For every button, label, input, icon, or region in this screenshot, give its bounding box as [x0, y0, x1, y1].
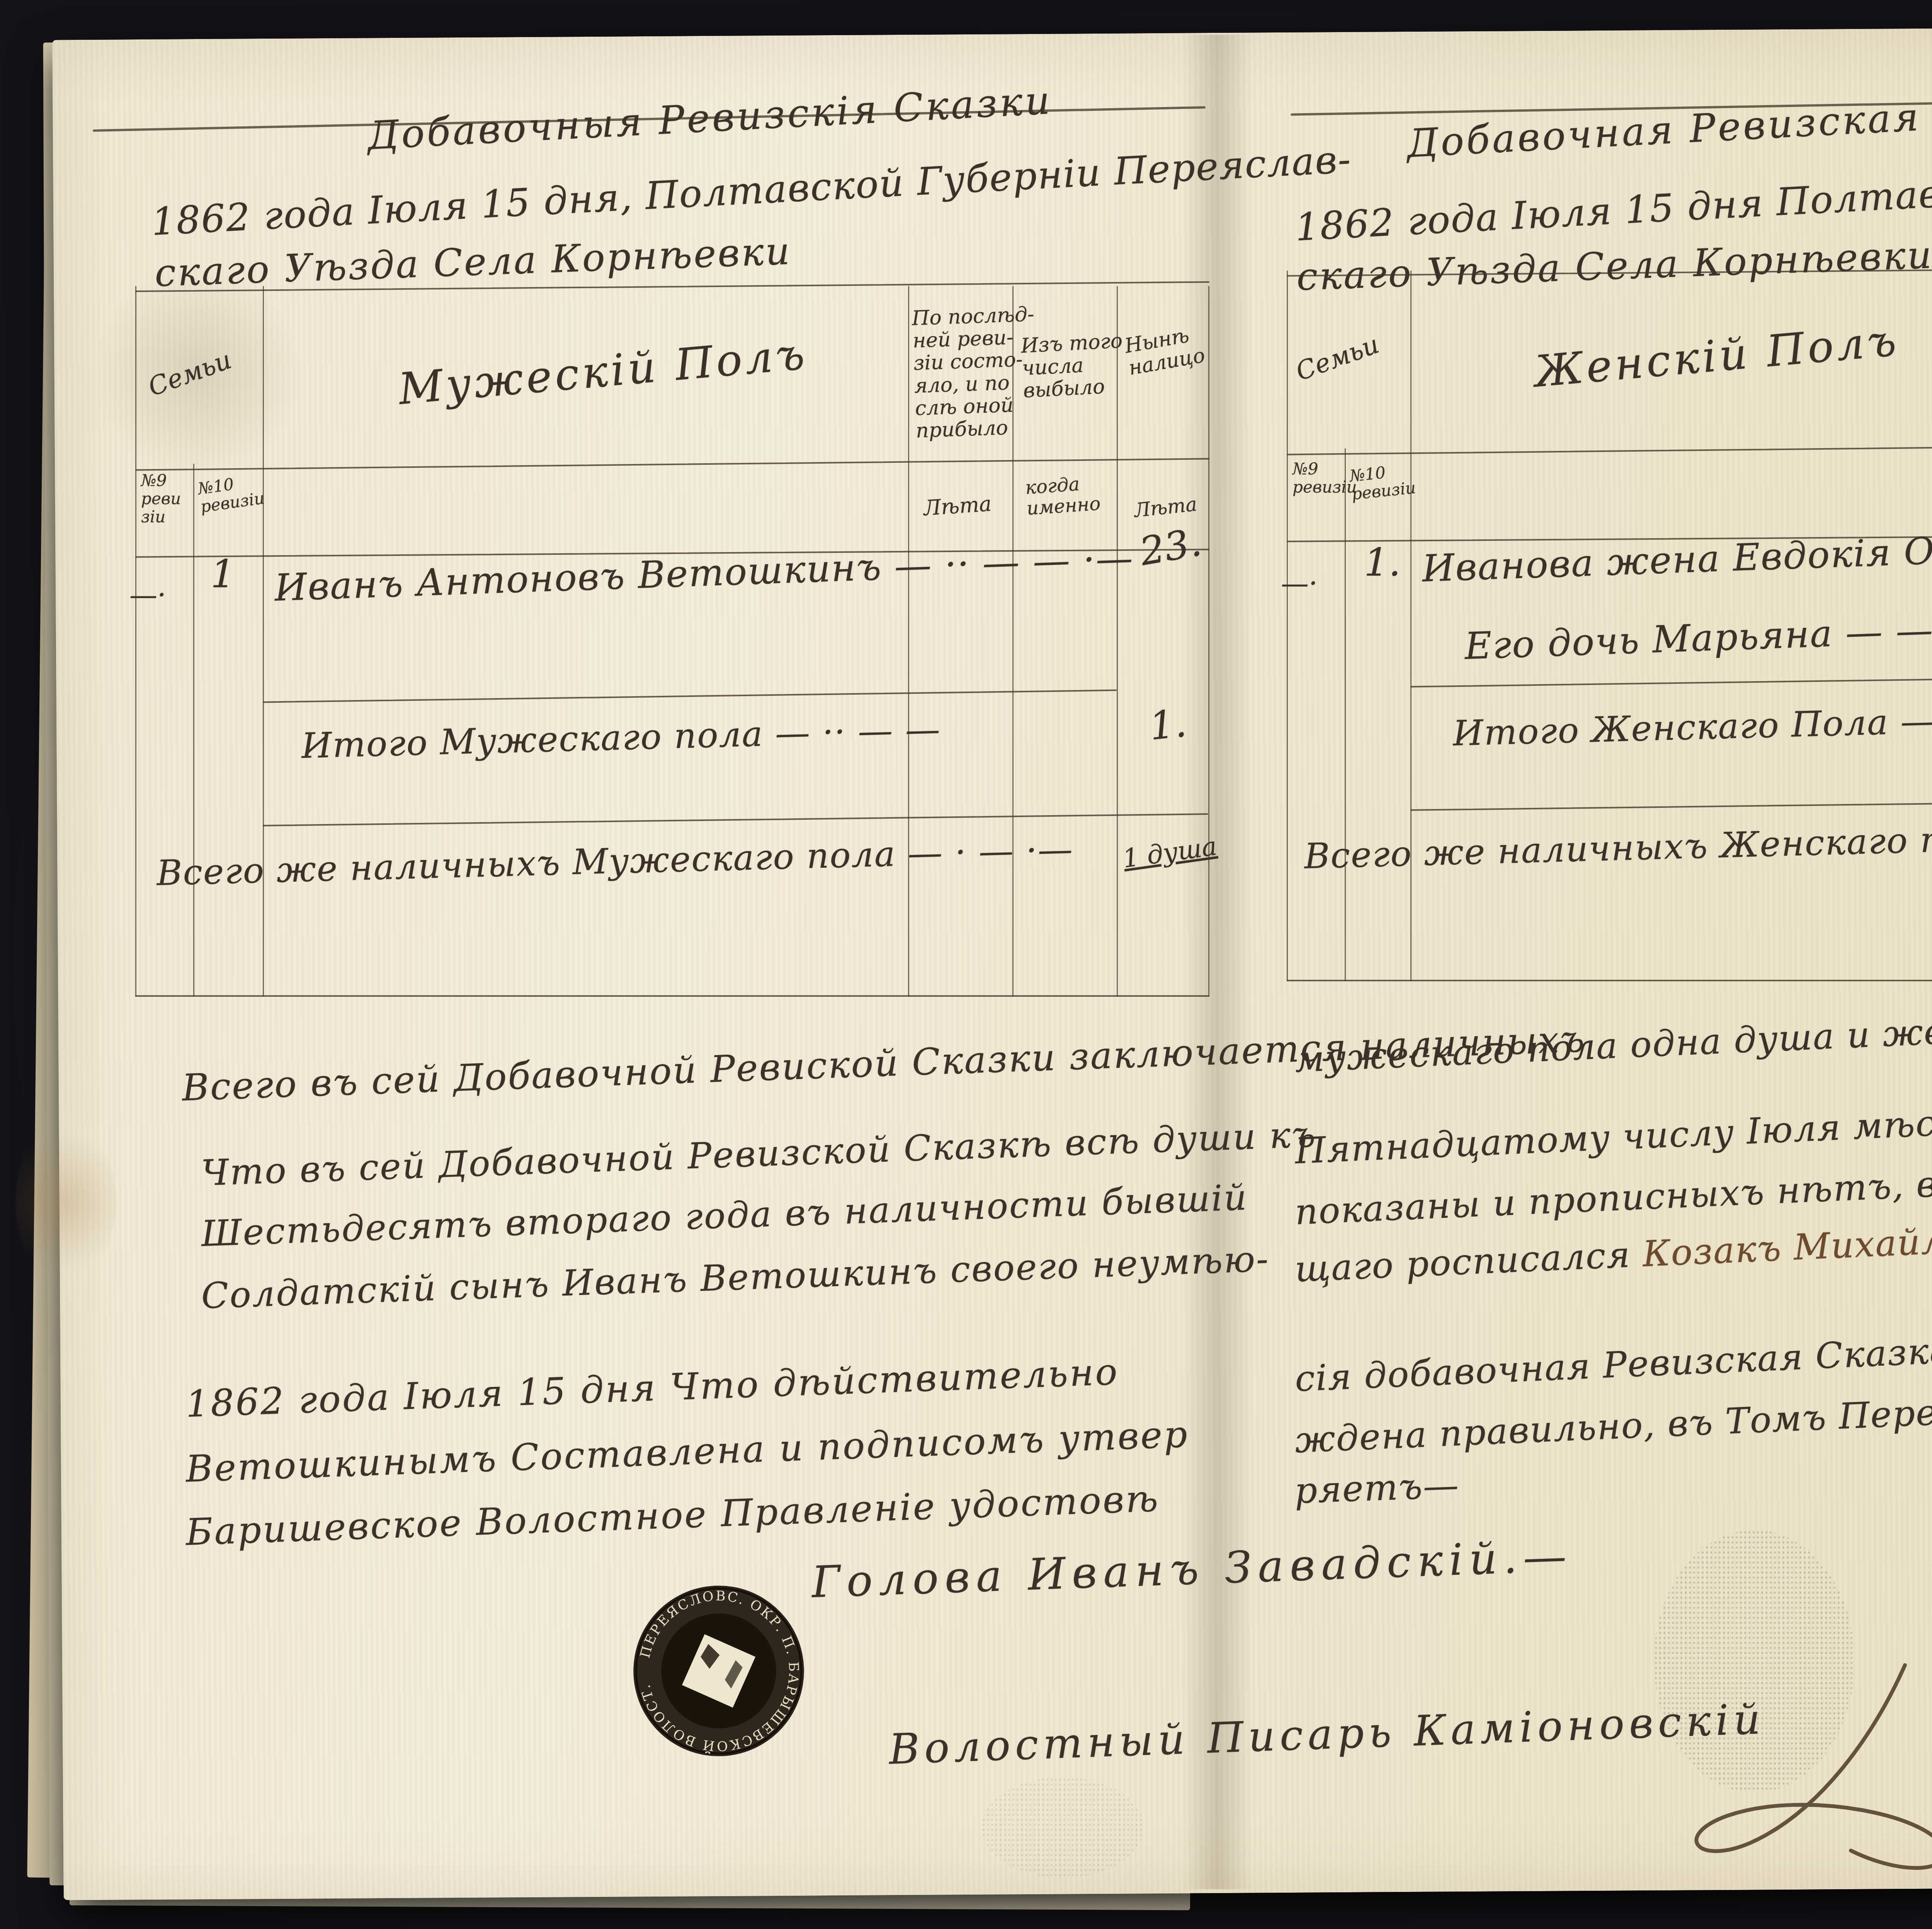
right-subtotal-label: Итого Женскаго Пола — — —	[1452, 699, 1932, 753]
left-total-value: 1 душа	[1121, 832, 1219, 873]
right-row1-rev9: —·	[1281, 568, 1318, 599]
table-line	[1410, 798, 1932, 811]
left-sub-present: Лѣта	[1133, 493, 1198, 522]
table-line	[1287, 270, 1288, 981]
table-line	[1287, 980, 1932, 981]
left-total-label: Всего же наличныхъ Мужескаго пола — · — …	[156, 830, 1074, 893]
left-subtotal-label: Итого Мужескаго пола — ·· — —	[301, 710, 941, 766]
right-col-family: Семьи	[1292, 330, 1383, 386]
left-sub-rev10: №10 ревизіи	[197, 471, 265, 516]
left-col-family: Семьи	[145, 345, 235, 402]
volost-seal: ПЕРЕЯСЛОВС. ОКР. П. БАРЫШЕВСКОЙ ВОЛОСТ.	[611, 1562, 827, 1780]
left-row-rev9: —·	[129, 580, 166, 611]
left-table: Семьи Мужескій Полъ По послѣд- ней реви-…	[135, 286, 1209, 997]
table-line	[263, 813, 1208, 826]
signature-flourish	[1913, 1283, 1932, 1484]
left-sub-last-revision: Лѣта	[923, 492, 992, 520]
right-row1-name: Иванова жена Евдокія Осипова — — ·— —	[1422, 518, 1932, 590]
scanned-document: 73 77 Добавочныя Ревизскія Сказки 1862 г…	[0, 0, 1932, 1929]
table-line	[135, 458, 1209, 471]
table-line	[135, 995, 1209, 997]
right-total-label: Всего же наличныхъ Женскаго пола — ·—	[1304, 816, 1932, 877]
left-col-sex: Мужескій Полъ	[397, 330, 810, 414]
right-row1-rev10: 1.	[1364, 541, 1401, 584]
table-line	[135, 286, 136, 997]
table-line	[1287, 443, 1932, 455]
table-line	[1208, 286, 1209, 997]
ink-speckle	[981, 1777, 1144, 1878]
table-line	[1345, 448, 1346, 981]
left-sub-rev9: №9 реви зіи	[141, 471, 181, 526]
table-line	[908, 286, 909, 997]
right-sub-rev10: №10 ревизіи	[1349, 461, 1417, 503]
right-sub-rev9: №9 ревизіи	[1293, 460, 1357, 496]
left-col-departed: Изъ того числа выбыло	[1020, 330, 1126, 402]
left-col-present: Нынѣ налицо	[1123, 322, 1207, 380]
table-line	[263, 690, 1117, 703]
certification-right-line3: ряетъ—	[1294, 1465, 1460, 1511]
left-row-rev10: 1	[211, 552, 235, 596]
left-col-last-revision: По послѣд- ней реви- зіи состо- яло, и п…	[912, 303, 1039, 442]
table-line	[193, 464, 194, 997]
left-row-name: Иванъ Антоновъ Ветошкинъ — ·· — — ·—	[274, 537, 1134, 609]
left-subtotal-value: 1.	[1147, 701, 1189, 748]
right-table: Семьи Женскій Полъ Во вре- менной отлуч-…	[1287, 270, 1932, 981]
clerk-flourish	[1604, 1650, 1932, 1881]
table-line	[1410, 674, 1932, 687]
left-row-age: 23.	[1136, 520, 1204, 574]
stain	[15, 1120, 116, 1283]
right-row2-name: Его дочь Марьяна — — ·· — — —	[1464, 603, 1932, 667]
table-line	[1410, 270, 1412, 981]
left-sub-departed: когда именно	[1024, 472, 1101, 519]
right-col-sex: Женскій Полъ	[1532, 316, 1901, 396]
